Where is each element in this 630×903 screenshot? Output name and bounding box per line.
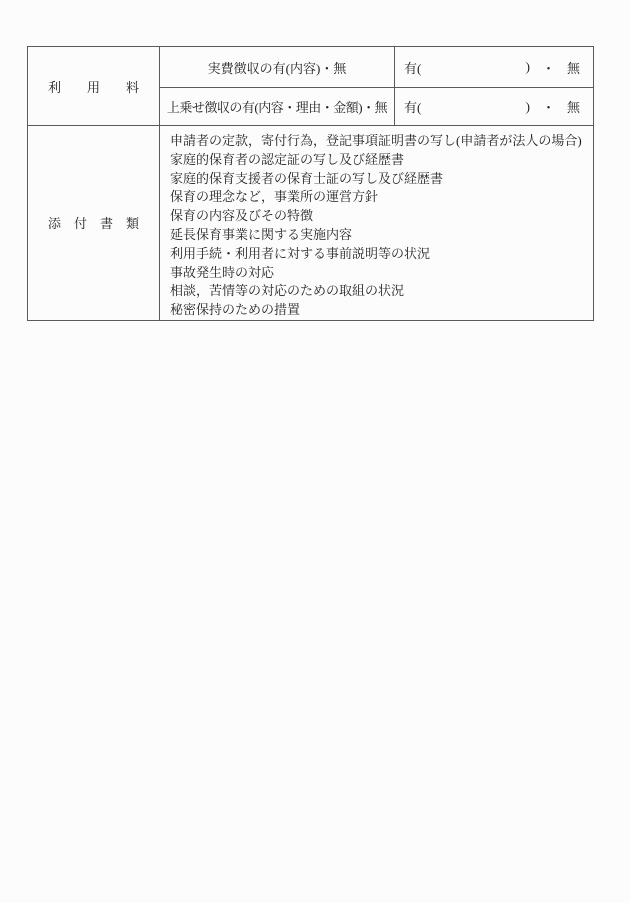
- surcharge-answer-cell: 有( ) ・ 無: [395, 88, 594, 126]
- attachment-item: 保育の理念など，事業所の運営方針: [170, 188, 587, 207]
- actual-cost-item-cell: 実費徴収の有(内容)・無: [160, 47, 395, 88]
- application-form-table: 利 用 料 実費徴収の有(内容)・無 有( ) ・ 無 上乗せ徴収の有(内容・理…: [27, 46, 594, 321]
- close-paren: ): [526, 99, 530, 115]
- no-option-label: 無: [567, 58, 580, 77]
- actual-cost-answer: 有( ) ・ 無: [395, 58, 593, 77]
- attachment-item: 秘密保持のための措置: [170, 301, 587, 320]
- attachment-item: 保育の内容及びその特徴: [170, 207, 587, 226]
- attachment-item: 家庭的保育者の認定証の写し及び経歴書: [170, 151, 587, 170]
- yes-open-label: 有(: [404, 58, 421, 77]
- surcharge-item-cell: 上乗せ徴収の有(内容・理由・金額)・無: [160, 88, 395, 126]
- yes-open-label: 有(: [404, 97, 421, 116]
- attachments-row: 添 付 書 類 申請者の定款，寄付行為，登記事項証明書の写し(申請者が法人の場合…: [28, 126, 594, 321]
- close-paren: ): [526, 59, 530, 75]
- attachment-item: 相談，苦情等の対応のための取組の状況: [170, 282, 587, 301]
- attachments-label-cell: 添 付 書 類: [28, 126, 160, 321]
- document-page: 利 用 料 実費徴収の有(内容)・無 有( ) ・ 無 上乗せ徴収の有(内容・理…: [0, 0, 630, 903]
- actual-cost-answer-cell: 有( ) ・ 無: [395, 47, 594, 88]
- attachment-item: 延長保育事業に関する実施内容: [170, 226, 587, 245]
- usage-fee-label-cell: 利 用 料: [28, 47, 160, 126]
- separator-dot: ・: [542, 97, 555, 116]
- attachment-item: 事故発生時の対応: [170, 264, 587, 283]
- attachments-list-cell: 申請者の定款，寄付行為，登記事項証明書の写し(申請者が法人の場合) 家庭的保育者…: [160, 126, 594, 321]
- attachment-item: 家庭的保育支援者の保育士証の写し及び経歴書: [170, 170, 587, 189]
- actual-cost-row: 利 用 料 実費徴収の有(内容)・無 有( ) ・ 無: [28, 47, 594, 88]
- no-option-label: 無: [567, 97, 580, 116]
- surcharge-answer: 有( ) ・ 無: [395, 97, 593, 116]
- attachment-item: 利用手続・利用者に対する事前説明等の状況: [170, 245, 587, 264]
- separator-dot: ・: [542, 58, 555, 77]
- attachment-item: 申請者の定款，寄付行為，登記事項証明書の写し(申請者が法人の場合): [170, 132, 587, 151]
